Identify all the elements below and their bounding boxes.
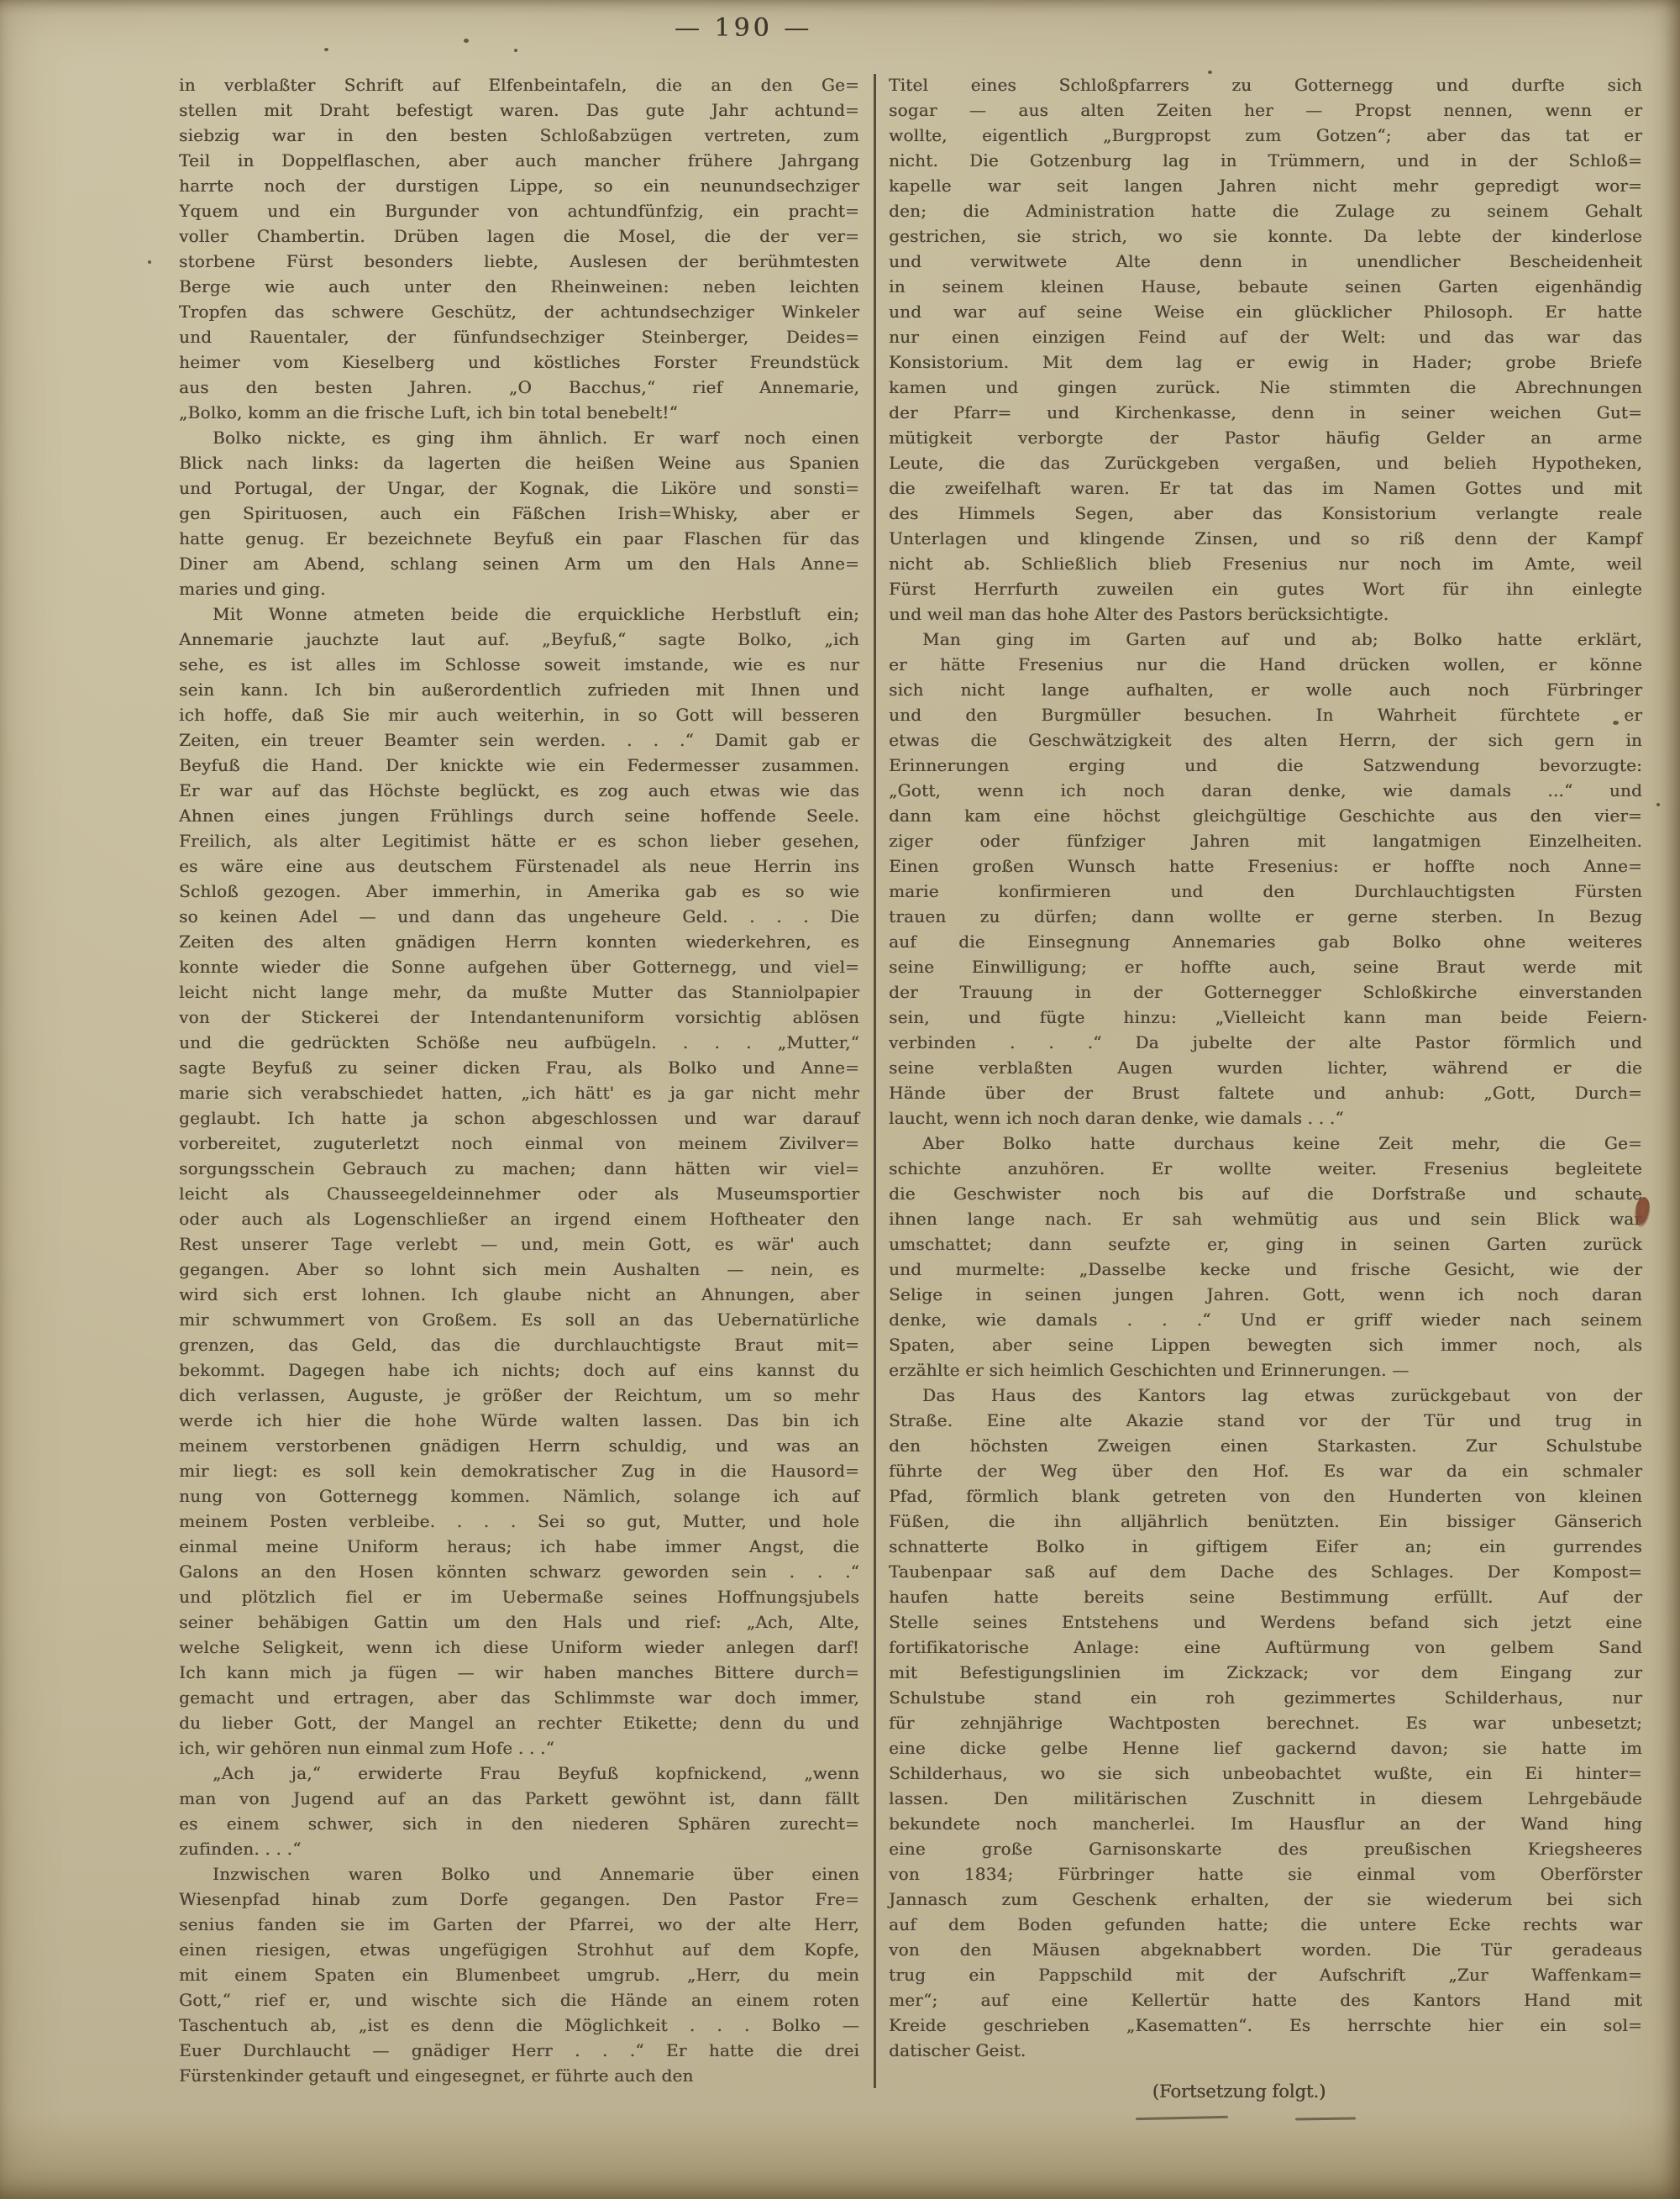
- text-line: heimer vom Kieselberg und köstliches For…: [179, 349, 859, 375]
- text-line: Wiesenpfad hinab zum Dorfe gegangen. Den…: [179, 1887, 859, 1912]
- text-line: Spaten, aber seine Lippen bewegten sich …: [889, 1332, 1642, 1357]
- text-line: Aber Bolko hatte durchaus keine Zeit meh…: [889, 1131, 1642, 1156]
- text-line: du lieber Gott, der Mangel an rechter Et…: [179, 1710, 859, 1735]
- text-line: marie konfirmieren und den Durchlauchtig…: [889, 879, 1642, 904]
- text-line: die zweifelhaft waren. Er tat das im Nam…: [889, 475, 1642, 501]
- text-line: ihnen lange nach. Er sah wehmütig aus un…: [889, 1206, 1642, 1231]
- text-line: von der Stickerei der Intendantenuniform…: [179, 1005, 859, 1030]
- paper-speck: [514, 49, 517, 52]
- text-line: Jannasch zum Geschenk erhalten, der sie …: [889, 1887, 1642, 1912]
- text-line: oder auch als Logenschließer an irgend e…: [179, 1206, 859, 1231]
- paragraph: in verblaßter Schrift auf Elfenbeintafel…: [179, 72, 859, 425]
- text-line: Zeiten, ein treuer Beamter sein werden. …: [179, 727, 859, 753]
- text-line: Das Haus des Kantors lag etwas zurückgeb…: [889, 1383, 1642, 1408]
- text-line: sorgungsschein Gebrauch zu machen; dann …: [179, 1156, 859, 1181]
- text-line: Taschentuch ab, „ist es denn die Möglich…: [179, 2013, 859, 2038]
- text-line: Tropfen das schwere Geschütz, der achtun…: [179, 299, 859, 324]
- text-line: der Trauung in der Gotternegger Schloßki…: [889, 979, 1642, 1005]
- paragraph: Bolko nickte, es ging ihm ähnlich. Er wa…: [179, 425, 859, 601]
- text-line: Titel eines Schloßpfarrers zu Gotternegg…: [889, 72, 1642, 97]
- text-line: Freilich, als alter Legitimist hätte er …: [179, 828, 859, 853]
- text-line: leicht als Chausseegeldeinnehmer oder al…: [179, 1181, 859, 1206]
- paragraph: Das Haus des Kantors lag etwas zurückgeb…: [889, 1383, 1642, 2063]
- text-line: seine verblaßten Augen wurden lichter, w…: [889, 1055, 1642, 1080]
- continuation-note: (Fortsetzung folgt.): [907, 2081, 1571, 2102]
- text-line: Fürst Herrfurth zuweilen ein gutes Wort …: [889, 576, 1642, 601]
- text-line: datischer Geist.: [889, 2038, 1642, 2063]
- text-line: den höchsten Zweigen einen Starkasten. Z…: [889, 1433, 1642, 1458]
- text-line: Kreide geschrieben „Kasematten“. Es herr…: [889, 2013, 1642, 2038]
- text-line: stellen mit Draht befestigt waren. Das g…: [179, 97, 859, 123]
- text-line: nung von Gotternegg kommen. Nämlich, sol…: [179, 1483, 859, 1509]
- text-line: der Pfarr= und Kirchenkasse, denn in sei…: [889, 400, 1642, 425]
- text-line: Rest unserer Tage verlebt — und, mein Go…: [179, 1231, 859, 1257]
- text-line: harrte noch der durstigen Lippe, so ein …: [179, 173, 859, 198]
- paper-speck: [1643, 1018, 1646, 1021]
- text-line: „Ach ja,“ erwiderte Frau Beyfuß kopfnick…: [179, 1761, 859, 1786]
- text-line: und weil man das hohe Alter des Pastors …: [889, 601, 1642, 627]
- text-line: aus den besten Jahren. „O Bacchus,“ rief…: [179, 375, 859, 400]
- paragraph: Aber Bolko hatte durchaus keine Zeit meh…: [889, 1131, 1642, 1383]
- text-line: welche Seligkeit, wenn ich diese Uniform…: [179, 1635, 859, 1660]
- text-line: meinem verstorbenen gnädigen Herrn schul…: [179, 1433, 859, 1458]
- text-line: sagte Beyfuß zu seiner dicken Frau, als …: [179, 1055, 859, 1080]
- text-line: voller Chambertin. Drüben lagen die Mose…: [179, 223, 859, 249]
- paragraph: Titel eines Schloßpfarrers zu Gotternegg…: [889, 72, 1642, 627]
- text-line: dann kam eine höchst gleichgültige Gesch…: [889, 803, 1642, 828]
- paper-speck: [148, 260, 151, 264]
- text-line: „Gott, wenn ich noch daran denke, wie da…: [889, 778, 1642, 803]
- paragraph: „Ach ja,“ erwiderte Frau Beyfuß kopfnick…: [179, 1761, 859, 1861]
- text-line: des Himmels Segen, aber das Konsistorium…: [889, 501, 1642, 526]
- text-line: nur einen einzigen Feind auf der Welt: u…: [889, 324, 1642, 349]
- pencil-underline: [1295, 2117, 1356, 2120]
- text-line: vorbereitet, zuguterletzt noch einmal vo…: [179, 1131, 859, 1156]
- paragraph: Inzwischen waren Bolko und Annemarie übe…: [179, 1861, 859, 2088]
- text-line: Füßen, die ihn alljährlich benützten. Ei…: [889, 1509, 1642, 1534]
- text-line: konnte wieder die Sonne aufgehen über Go…: [179, 954, 859, 979]
- text-line: und Rauentaler, der fünfundsechziger Ste…: [179, 324, 859, 349]
- paper-speck: [1613, 721, 1619, 725]
- text-line: wird sich erst lohnen. Ich glaube nicht …: [179, 1282, 859, 1307]
- text-line: Berge wie auch unter den Rheinweinen: ne…: [179, 274, 859, 299]
- text-line: trauen zu dürfen; dann wollte er gerne s…: [889, 904, 1642, 929]
- text-line: Taubenpaar saß auf dem Dache des Schlage…: [889, 1559, 1642, 1584]
- text-line: Stelle seines Entstehens und Werdens bef…: [889, 1609, 1642, 1635]
- text-line: Diner am Abend, schlang seinen Arm um de…: [179, 551, 859, 576]
- text-line: Beyfuß die Hand. Der knickte wie ein Fed…: [179, 753, 859, 778]
- text-line: Ahnen eines jungen Frühlings durch seine…: [179, 803, 859, 828]
- text-line: Erinnerungen erging und die Satzwendung …: [889, 753, 1642, 778]
- text-line: Blick nach links: da lagerten die heißen…: [179, 450, 859, 475]
- text-line: laucht, wenn ich noch daran denke, wie d…: [889, 1105, 1642, 1131]
- text-line: Annemarie jauchzte laut auf. „Beyfuß,“ s…: [179, 627, 859, 652]
- text-line: grenzen, das Geld, das die durchlauchtig…: [179, 1332, 859, 1357]
- text-line: gegangen. Aber so lohnt sich mein Aushal…: [179, 1257, 859, 1282]
- text-line: denke, wie damals . . .“ Und er griff wi…: [889, 1307, 1642, 1332]
- text-line: leicht nicht lange mehr, da mußte Mutter…: [179, 979, 859, 1005]
- text-line: so keinen Adel — und dann das ungeheure …: [179, 904, 859, 929]
- text-line: kamen und gingen zurück. Nie stimmten di…: [889, 375, 1642, 400]
- text-line: von 1834; Fürbringer hatte sie einmal vo…: [889, 1861, 1642, 1887]
- text-line: und Portugal, der Ungar, der Kognak, die…: [179, 475, 859, 501]
- paragraph: Mit Wonne atmeten beide die erquickliche…: [179, 601, 859, 1761]
- text-line: nicht. Die Gotzenburg lag in Trümmern, u…: [889, 148, 1642, 173]
- paper-speck: [324, 48, 328, 51]
- text-line: und war auf seine Weise ein glücklicher …: [889, 299, 1642, 324]
- text-line: senius fanden sie im Garten der Pfarrei,…: [179, 1912, 859, 1937]
- text-line: hatte genug. Er bezeichnete Beyfuß ein p…: [179, 526, 859, 551]
- text-line: eine große Garnisonskarte des preußische…: [889, 1836, 1642, 1861]
- text-line: kapelle war seit langen Jahren nicht meh…: [889, 173, 1642, 198]
- paper-speck: [464, 39, 469, 43]
- text-line: in verblaßter Schrift auf Elfenbeintafel…: [179, 72, 859, 97]
- text-line: Er war auf das Höchste beglückt, es zog …: [179, 778, 859, 803]
- text-line: auf dem Boden gefunden hatte; die untere…: [889, 1912, 1642, 1937]
- text-line: nicht ab. Schließlich blieb Fresenius nu…: [889, 551, 1642, 576]
- text-line: Einen großen Wunsch hatte Fresenius: er …: [889, 853, 1642, 879]
- text-line: Leute, die das Zurückgeben vergaßen, und…: [889, 450, 1642, 475]
- text-line: mir schwummert von Großem. Es soll an da…: [179, 1307, 859, 1332]
- text-line: Ich kann mich ja fügen — wir haben manch…: [179, 1660, 859, 1685]
- text-line: Zeiten des alten gnädigen Herrn konnten …: [179, 929, 859, 954]
- left-column: in verblaßter Schrift auf Elfenbeintafel…: [179, 72, 859, 2088]
- text-line: sich nicht lange aufhalten, er wolle auc…: [889, 677, 1642, 702]
- text-line: er hätte Fresenius nur die Hand drücken …: [889, 652, 1642, 677]
- text-line: Schloß gezogen. Aber immerhin, in Amerik…: [179, 879, 859, 904]
- text-line: einen riesigen, etwas ungefügigen Strohh…: [179, 1937, 859, 1962]
- text-line: zufinden. . . .“: [179, 1836, 859, 1861]
- text-line: haufen hatte bereits seine Bestimmung er…: [889, 1584, 1642, 1609]
- paper-speck: [1208, 71, 1212, 74]
- text-line: geglaubt. Ich hatte ja schon abgeschloss…: [179, 1105, 859, 1131]
- text-line: den; die Administration hatte die Zulage…: [889, 198, 1642, 223]
- text-line: sein, und fügte hinzu: „Vielleicht kann …: [889, 1005, 1642, 1030]
- paper-speck: [1656, 803, 1660, 806]
- text-line: verbinden . . .“ Da jubelte der alte Pas…: [889, 1030, 1642, 1055]
- text-line: sogar — aus alten Zeiten her — Propst ne…: [889, 97, 1642, 123]
- text-line: man von Jugend auf an das Parkett gewöhn…: [179, 1786, 859, 1811]
- text-line: sein kann. Ich bin außerordentlich zufri…: [179, 677, 859, 702]
- text-line: und den Burgmüller besuchen. In Wahrheit…: [889, 702, 1642, 727]
- text-line: gen Spirituosen, auch ein Fäßchen Irish=…: [179, 501, 859, 526]
- text-line: Mit Wonne atmeten beide die erquickliche…: [179, 601, 859, 627]
- text-line: wollte, eigentlich „Burgpropst zum Gotze…: [889, 123, 1642, 148]
- text-line: umschattet; dann seufzte er, ging in sei…: [889, 1231, 1642, 1257]
- text-line: marie sich verabschiedet hatten, „ich hä…: [179, 1080, 859, 1105]
- text-line: Selige in seinen jungen Jahren. Gott, we…: [889, 1282, 1642, 1307]
- text-line: Bolko nickte, es ging ihm ähnlich. Er wa…: [179, 425, 859, 450]
- text-line: mer“; auf eine Kellertür hatte des Kanto…: [889, 1987, 1642, 2013]
- text-line: in seinem kleinen Hause, bebaute seinen …: [889, 274, 1642, 299]
- text-line: lassen. Den militärischen Zuschnitt in d…: [889, 1786, 1642, 1811]
- text-line: es einem schwer, sich in den niederen Sp…: [179, 1811, 859, 1836]
- text-line: und die gedrückten Schöße neu aufbügeln.…: [179, 1030, 859, 1055]
- text-line: storbene Fürst besonders liebte, Auslese…: [179, 249, 859, 274]
- text-line: Schulstube stand ein roh gezimmertes Sch…: [889, 1685, 1642, 1710]
- text-line: meinem Posten verbleibe. . . . Sei so gu…: [179, 1509, 859, 1534]
- text-line: seine Einwilligung; er hoffte auch, sein…: [889, 954, 1642, 979]
- text-line: die Geschwister noch bis auf die Dorfstr…: [889, 1181, 1642, 1206]
- text-line: mit Befestigungslinien im Zickzack; vor …: [889, 1660, 1642, 1685]
- column-divider: [874, 74, 876, 2088]
- text-line: schichte anzuhören. Er wollte weiter. Fr…: [889, 1156, 1642, 1181]
- text-line: und verwitwete Alte denn in unendlicher …: [889, 249, 1642, 274]
- text-line: einmal meine Uniform heraus; ich habe im…: [179, 1534, 859, 1559]
- text-line: Galons an den Hosen könnten schwarz gewo…: [179, 1559, 859, 1584]
- book-page: — 190 — in verblaßter Schrift auf Elfenb…: [0, 0, 1680, 2199]
- text-line: bekommt. Dagegen habe ich nichts; doch a…: [179, 1357, 859, 1383]
- text-line: Gott,“ rief er, und wischte sich die Hän…: [179, 1987, 859, 2013]
- text-line: und murmelte: „Dasselbe kecke und frisch…: [889, 1257, 1642, 1282]
- text-line: für zehnjährige Wachtposten berechnet. E…: [889, 1710, 1642, 1735]
- text-line: dich verlassen, Auguste, je größer der R…: [179, 1383, 859, 1408]
- right-column: Titel eines Schloßpfarrers zu Gotternegg…: [889, 72, 1642, 2063]
- text-line: auf die Einsegnung Annemaries gab Bolko …: [889, 929, 1642, 954]
- pencil-underline: [1136, 2116, 1228, 2120]
- page-number: — 190 —: [651, 13, 836, 43]
- text-line: Teil in Doppelflaschen, aber auch manche…: [179, 148, 859, 173]
- text-line: ich hoffe, daß Sie mir auch weiterhin, i…: [179, 702, 859, 727]
- text-line: schnatterte Bolko in giftigem Eifer an; …: [889, 1534, 1642, 1559]
- text-line: erzählte er sich heimlich Geschichten un…: [889, 1357, 1642, 1383]
- text-line: Fürstenkinder getauft und eingesegnet, e…: [179, 2063, 859, 2088]
- text-line: seiner behäbigen Gattin um den Hals und …: [179, 1609, 859, 1635]
- text-line: ich, wir gehören nun einmal zum Hofe . .…: [179, 1735, 859, 1761]
- paragraph: Man ging im Garten auf und ab; Bolko hat…: [889, 627, 1642, 1131]
- text-line: trug ein Pappschild mit der Aufschrift „…: [889, 1962, 1642, 1987]
- text-line: Unterlagen und klingende Zinsen, und so …: [889, 526, 1642, 551]
- text-line: führte der Weg über den Hof. Es war da e…: [889, 1458, 1642, 1483]
- text-line: gestrichen, sie strich, wo sie konnte. D…: [889, 223, 1642, 249]
- text-line: sehe, es ist alles im Schlosse soweit im…: [179, 652, 859, 677]
- continuation-text: (Fortsetzung folgt.): [1152, 2081, 1326, 2102]
- text-line: mütigkeit verborgte der Pastor häufig Ge…: [889, 425, 1642, 450]
- text-line: es wäre eine aus deutschem Fürstenadel a…: [179, 853, 859, 879]
- text-line: werde ich hier die hohe Würde walten las…: [179, 1408, 859, 1433]
- text-line: eine dicke gelbe Henne lief gackernd dav…: [889, 1735, 1642, 1761]
- text-line: siebzig war in den besten Schloßabzügen …: [179, 123, 859, 148]
- text-line: und plötzlich fiel er im Uebermaße seine…: [179, 1584, 859, 1609]
- text-line: Man ging im Garten auf und ab; Bolko hat…: [889, 627, 1642, 652]
- text-line: von den Mäusen abgeknabbert worden. Die …: [889, 1937, 1642, 1962]
- text-line: Schilderhaus, wo sie sich unbeobachtet w…: [889, 1761, 1642, 1786]
- text-line: fortifikatorische Anlage: eine Auftürmun…: [889, 1635, 1642, 1660]
- text-line: Inzwischen waren Bolko und Annemarie übe…: [179, 1861, 859, 1887]
- text-line: Konsistorium. Mit dem lag er ewig in Had…: [889, 349, 1642, 375]
- text-line: mit einem Spaten ein Blumenbeet umgrub. …: [179, 1962, 859, 1987]
- text-line: maries und ging.: [179, 576, 859, 601]
- text-line: ziger oder fünfziger Jahren mit langatmi…: [889, 828, 1642, 853]
- text-line: „Bolko, komm an die frische Luft, ich bi…: [179, 400, 859, 425]
- text-line: Euer Durchlaucht — gnädiger Herr . . .“ …: [179, 2038, 859, 2063]
- text-line: gemacht und ertragen, aber das Schlimmst…: [179, 1685, 859, 1710]
- text-line: Straße. Eine alte Akazie stand vor der T…: [889, 1408, 1642, 1433]
- text-line: bekundete noch mancherlei. Im Hausflur a…: [889, 1811, 1642, 1836]
- text-line: Yquem und ein Burgunder von achtundfünfz…: [179, 198, 859, 223]
- text-line: mir liegt: es soll kein demokratischer Z…: [179, 1458, 859, 1483]
- text-line: etwas die Geschwätzigkeit des alten Herr…: [889, 727, 1642, 753]
- text-line: Hände über der Brust faltete und anhub: …: [889, 1080, 1642, 1105]
- text-line: Pfad, förmlich blank getreten von den Hu…: [889, 1483, 1642, 1509]
